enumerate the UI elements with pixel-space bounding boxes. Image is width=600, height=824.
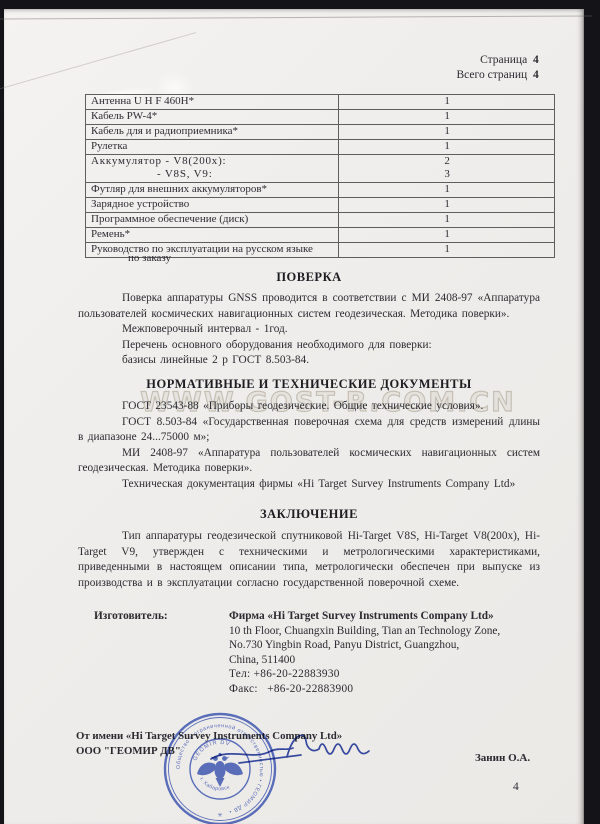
item-qty: 1	[339, 125, 555, 140]
item-label: Антенна U H F 460H*	[86, 95, 339, 110]
paragraph: МИ 2408-97 «Аппаратура пользователей кос…	[78, 446, 540, 477]
section-title-conclusion: ЗАКЛЮЧЕНИЕ	[78, 507, 540, 522]
document-page: WWW.GOST-R.COM.CN Страница 4 Всего стран…	[4, 9, 584, 824]
normative-paragraphs: ГОСТ 23543-88 «Приборы геодезические. Об…	[78, 399, 540, 492]
table-footnote: по заказу	[128, 252, 171, 264]
item-label: Программное обеспечение (диск)	[86, 213, 339, 228]
table-row: Кабель PW-4*1	[86, 110, 555, 125]
item-label: Кабель для и радиоприемника*	[86, 125, 339, 140]
page-number: 4	[513, 781, 519, 793]
address-line: No.730 Yingbin Road, Panyu District, Gua…	[229, 638, 540, 653]
total-pages-value: 4	[533, 69, 539, 81]
item-qty: 1	[339, 140, 555, 155]
table-row: Футляр для внешних аккумуляторов*1	[86, 183, 555, 198]
address-line: China, 511400	[229, 653, 540, 668]
paragraph: Межповерочный интервал - 1год.	[78, 322, 540, 338]
item-qty: 1	[339, 213, 555, 228]
item-label: Руководство по эксплуатации на русском я…	[86, 243, 339, 258]
paragraph: ГОСТ 23543-88 «Приборы геодезические. Об…	[78, 399, 540, 415]
page-fold-line	[0, 15, 592, 19]
table-row: Рулетка1	[86, 140, 555, 155]
item-label: Зарядное устройство	[86, 198, 339, 213]
item-qty: 1	[339, 198, 555, 213]
paragraph: Поверка аппаратуры GNSS проводится в соо…	[78, 291, 540, 322]
item-qty: 1	[339, 110, 555, 125]
conclusion-paragraphs: Тип аппаратуры геодезической спутниковой…	[78, 529, 540, 591]
paragraph: базисы линейные 2 р ГОСТ 8.503-84.	[78, 353, 540, 369]
stamp-city-text: г. Хабаровск	[198, 776, 231, 792]
company-name: Фирма «Hi Target Survey Instruments Comp…	[229, 609, 540, 624]
svg-text:г. Хабаровск: г. Хабаровск	[198, 776, 231, 792]
paragraph: Тип аппаратуры геодезической спутниковой…	[78, 529, 540, 591]
item-qty: 2 3	[339, 155, 555, 183]
item-label-line: - V8S, V9:	[91, 168, 334, 181]
paragraph: Техническая документация фирмы «Hi Targe…	[78, 477, 540, 493]
item-qty: 1	[339, 243, 555, 258]
item-label-line: Аккумулятор - V8(200x):	[91, 155, 334, 168]
table-row: Программное обеспечение (диск)1	[86, 213, 555, 228]
star-icon: ✳	[217, 812, 222, 819]
item-qty: 1	[339, 183, 555, 198]
manufacturer-details: Фирма «Hi Target Survey Instruments Comp…	[229, 609, 540, 697]
page-header-line: Всего страниц 4	[457, 68, 539, 83]
table-row: Антенна U H F 460H*1	[86, 95, 555, 110]
item-label: Ремень*	[86, 228, 339, 243]
phone-line: Тел: +86-20-22883930	[229, 667, 540, 682]
item-qty: 1	[339, 228, 555, 243]
item-qty-line: 2	[344, 155, 550, 168]
manufacturer-label: Изготовитель:	[94, 609, 168, 624]
page-number-value: 4	[533, 54, 539, 66]
table-row: Ремень*1	[86, 228, 555, 243]
section-title-normative: НОРМАТИВНЫЕ И ТЕХНИЧЕСКИЕ ДОКУМЕНТЫ	[78, 377, 540, 392]
item-label: Рулетка	[86, 140, 339, 155]
total-pages-label: Всего страниц	[457, 69, 528, 81]
page-header-line: Страница 4	[457, 53, 539, 68]
item-label: Футляр для внешних аккумуляторов*	[86, 183, 339, 198]
signature-scribble	[209, 727, 374, 775]
table-row: Кабель для и радиоприемника*1	[86, 125, 555, 140]
poverka-paragraphs: Поверка аппаратуры GNSS проводится в соо…	[78, 291, 540, 369]
address-line: 10 th Floor, Chuangxin Building, Tian an…	[229, 624, 540, 639]
section-title-poverka: ПОВЕРКА	[78, 270, 540, 285]
item-qty: 1	[339, 95, 555, 110]
table-row: Зарядное устройство1	[86, 198, 555, 213]
paragraph: Перечень основного оборудования необходи…	[78, 338, 540, 354]
scan-background: WWW.GOST-R.COM.CN Страница 4 Всего стран…	[0, 0, 600, 824]
equipment-table: Антенна U H F 460H*1 Кабель PW-4*1 Кабел…	[85, 94, 555, 258]
fax-line: Факс: +86-20-22883900	[229, 682, 540, 697]
page-label: Страница	[480, 54, 527, 66]
item-qty-line: 3	[344, 168, 550, 181]
item-label: Кабель PW-4*	[86, 110, 339, 125]
paragraph: ГОСТ 8.503-84 «Государственная поверочна…	[78, 415, 540, 446]
page-header: Страница 4 Всего страниц 4	[457, 53, 539, 82]
table-row: Аккумулятор - V8(200x): - V8S, V9: 2 3	[86, 155, 555, 183]
item-label: Аккумулятор - V8(200x): - V8S, V9:	[86, 155, 339, 183]
signer-name: Занин О.А.	[475, 752, 530, 764]
